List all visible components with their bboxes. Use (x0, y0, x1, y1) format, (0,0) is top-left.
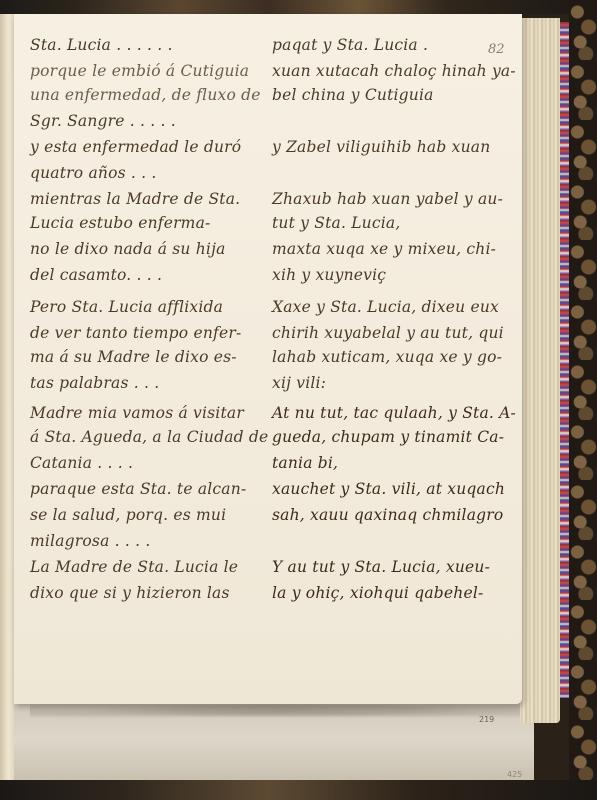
translation-line: lahab xuticam, xuqa xe y go- (272, 348, 502, 366)
book-binding-bottom (0, 780, 597, 800)
spanish-line: milagrosa . . . . (30, 532, 151, 550)
book-binding-top (0, 0, 597, 14)
spanish-line: á Sta. Agueda, a la Ciudad de (30, 428, 268, 446)
spanish-line: Catania . . . . (30, 454, 133, 472)
spanish-line: paraque esta Sta. te alcan- (30, 480, 246, 498)
spanish-line: y esta enfermedad le duró (30, 138, 241, 156)
translation-line: la y ohiç, xiohqui qabehel- (272, 584, 483, 602)
spanish-line: mientras la Madre de Sta. (30, 190, 240, 208)
spanish-line: del casamto. . . . (30, 266, 162, 284)
translation-line: xuan xutacah chaloç hinah ya- (272, 62, 516, 80)
page-stack-edge (520, 18, 560, 723)
spanish-line: no le dixo nada á su hija (30, 240, 226, 258)
translation-line: paqat y Sta. Lucia . (272, 36, 428, 54)
translation-line: tania bi, (272, 454, 338, 472)
translation-line: sah, xauu qaxinaq chmilagro (272, 506, 503, 524)
spanish-line: quatro años . . . (30, 164, 157, 182)
spanish-line: Pero Sta. Lucia afflixida (30, 298, 223, 316)
spanish-line: de ver tanto tiempo enfer- (30, 324, 241, 342)
translation-line: Y au tut y Sta. Lucia, xueu- (272, 558, 490, 576)
translation-line: y Zabel viliguihib hab xuan (272, 138, 490, 156)
translation-line: xih y xuyneviç (272, 266, 386, 284)
marbled-edge (560, 22, 569, 698)
spanish-line: Sgr. Sangre . . . . . (30, 112, 176, 130)
translation-line: xij vili: (272, 374, 326, 392)
translation-line: chirih xuyabelal y au tut, qui (272, 324, 504, 342)
manuscript-folio: 82 Sta. Lucia . . . . . .paqat y Sta. Lu… (14, 14, 522, 704)
spanish-line: Madre mia vamos á visitar (30, 404, 244, 422)
spanish-line: tas palabras . . . (30, 374, 159, 392)
spanish-line: Lucia estubo enferma- (30, 214, 210, 232)
spanish-line: ma á su Madre le dixo es- (30, 348, 237, 366)
translation-line: tut y Sta. Lucia, (272, 214, 400, 232)
translation-line: maxta xuqa xe y mixeu, chi- (272, 240, 496, 258)
page-number: 82 (488, 42, 505, 57)
translation-line: Xaxe y Sta. Lucia, dixeu eux (272, 298, 499, 316)
page-gutter (0, 14, 14, 780)
translation-line: Zhaxub hab xuan yabel y au- (272, 190, 503, 208)
translation-line: xauchet y Sta. vili, at xuqach (272, 480, 505, 498)
book-binding-right (569, 0, 597, 800)
translation-line: At nu tut, tac qulaah, y Sta. A- (272, 404, 516, 422)
lower-margin-number: 425 (507, 770, 522, 779)
translation-line: gueda, chupam y tinamit Ca- (272, 428, 504, 446)
spanish-line: dixo que si y hizieron las (30, 584, 230, 602)
spanish-line: La Madre de Sta. Lucia le (30, 558, 238, 576)
spanish-line: se la salud, porq. es mui (30, 506, 226, 524)
spanish-line: Sta. Lucia . . . . . . (30, 36, 173, 54)
spanish-line: porque le embió á Cutiguia (30, 62, 249, 80)
spanish-line: una enfermedad, de fluxo de (30, 86, 261, 104)
foliation-number: 219 (479, 715, 494, 724)
translation-line: bel china y Cutiguia (272, 86, 434, 104)
